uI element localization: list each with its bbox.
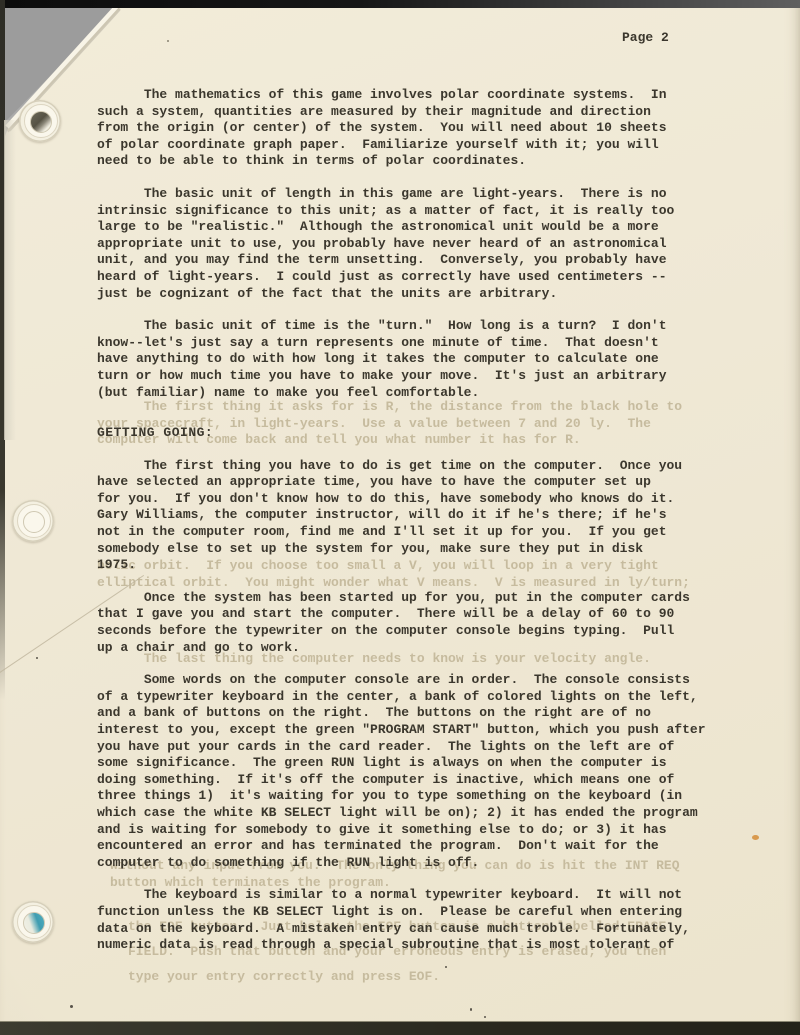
paragraph: Once the system has been started up for … (97, 590, 715, 656)
scan-edge-bottom (0, 1021, 800, 1035)
dust-speck (36, 657, 38, 659)
page-number-label: Page 2 (622, 30, 669, 45)
punch-hole-opening (23, 511, 45, 533)
punch-hole-top (19, 100, 63, 144)
folded-corner (0, 0, 140, 170)
dust-speck (167, 40, 169, 42)
scanned-page: The first thing it asks for is R, the di… (0, 0, 800, 1035)
punch-hole-middle (12, 500, 56, 544)
ink-smudge (752, 835, 759, 840)
punch-hole-opening (30, 111, 52, 133)
paragraph: The first thing you have to do is get ti… (97, 458, 715, 574)
dust-speck (470, 1008, 472, 1011)
dust-speck (445, 966, 447, 968)
paragraph: The keyboard is similar to a normal type… (97, 887, 715, 953)
paragraph: Some words on the computer console are i… (97, 672, 715, 871)
scan-edge-top (0, 0, 800, 8)
dust-speck (484, 1016, 486, 1018)
paragraph: The basic unit of time is the "turn." Ho… (97, 318, 715, 401)
page-edge-highlight (4, 120, 16, 440)
text-flow: The mathematics of this game involves po… (97, 87, 715, 970)
dust-speck (70, 1005, 73, 1008)
punch-hole-opening (23, 912, 45, 934)
punch-hole-bottom (12, 901, 56, 945)
section-heading: GETTING GOING: (97, 425, 715, 442)
paragraph: The basic unit of length in this game ar… (97, 186, 715, 302)
paragraph: The mathematics of this game involves po… (97, 87, 715, 170)
